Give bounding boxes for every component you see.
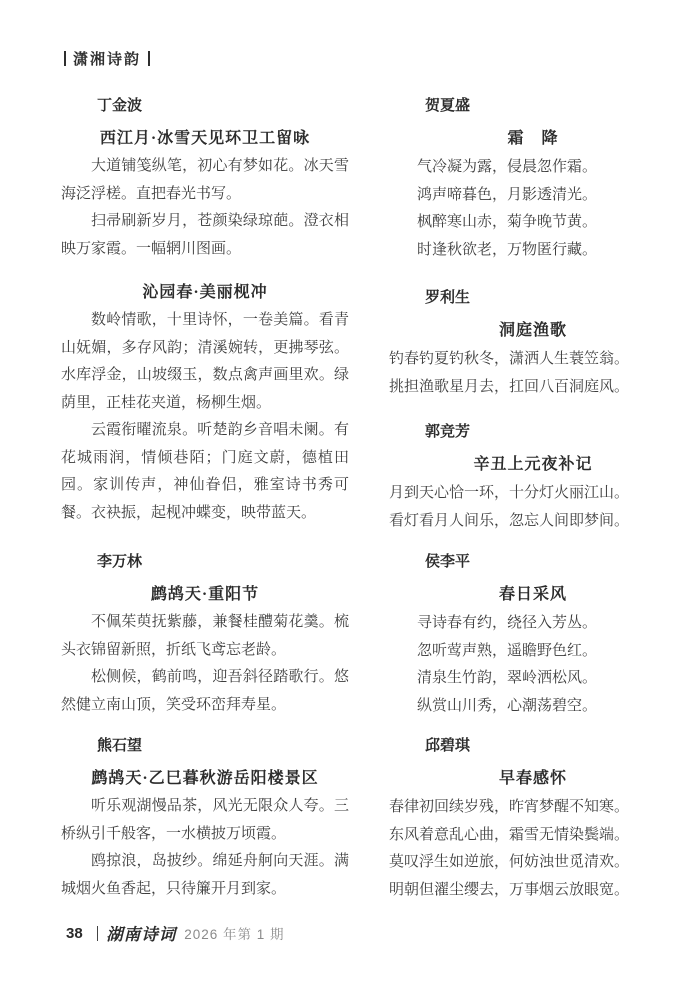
poem-xijiangyue: 西江月·冰雪天见环卫工留咏 大道铺笺纵笔，初心有梦如花。冰天雪海泛浮槎。直把春光…: [61, 125, 349, 263]
poem-line: 气冷凝为露，侵晨忽作霜。: [389, 154, 677, 182]
poem-body: 月到天心恰一环，十分灯火丽江山。 看灯看月人间乐，忽忘人间即梦间。: [389, 480, 677, 535]
poem-line: 纵赏山川秀，心潮荡碧空。: [389, 693, 677, 721]
poem-paragraph: 听乐观湖慢品茶，风光无限众人夸。三桥纵引千般客，一水横披万顷霞。: [61, 793, 349, 848]
poem-group-liwanlin: 李万林 鹧鸪天·重阳节 不佩茱萸抚紫藤，兼餐桂醴菊花羹。梳头衣锦留新照，折纸飞鸢…: [61, 548, 349, 719]
right-column: 贺夏盛 霜 降 气冷凝为露，侵晨忽作霜。 鸿声啼暮色，月影透清光。 枫醉寒山赤，…: [389, 0, 677, 989]
poem-line: 月到天心恰一环，十分灯火丽江山。: [389, 480, 677, 508]
poem-group-dingjinbo: 丁金波 西江月·冰雪天见环卫工留咏 大道铺笺纵笔，初心有梦如花。冰天雪海泛浮槎。…: [61, 92, 349, 527]
poem-group-hexiasheng: 贺夏盛 霜 降 气冷凝为露，侵晨忽作霜。 鸿声啼暮色，月影透清光。 枫醉寒山赤，…: [389, 92, 677, 264]
poem-zhegutian-yueyanglou: 鹧鸪天·乙巳暮秋游岳阳楼景区 听乐观湖慢品茶，风光无限众人夸。三桥纵引千般客，一…: [61, 765, 349, 903]
poet-name: 熊石望: [61, 732, 349, 760]
poem-paragraph: 大道铺笺纵笔，初心有梦如花。冰天雪海泛浮槎。直把春光书写。: [61, 153, 349, 208]
poem-group-guojingfang: 郭竞芳 辛丑上元夜补记 月到天心恰一环，十分灯火丽江山。 看灯看月人间乐，忽忘人…: [389, 418, 677, 535]
poem-line: 清泉生竹韵，翠岭洒松风。: [389, 665, 677, 693]
poem-paragraph: 云霞衔曜流泉。听楚韵乡音唱未阑。有花城雨润，情倾巷陌；门庭文蔚，德植田园。家训传…: [61, 417, 349, 527]
poem-paragraph: 鸥掠浪，岛披纱。绵延舟舸向天涯。满城烟火鱼香起，只待簾开月到家。: [61, 848, 349, 903]
poem-title: 洞庭渔歌: [389, 317, 677, 345]
poem-shuangjiang: 霜 降 气冷凝为露，侵晨忽作霜。 鸿声啼暮色，月影透清光。 枫醉寒山赤，菊争晚节…: [389, 125, 677, 264]
poet-name: 李万林: [61, 548, 349, 576]
poet-name: 丁金波: [61, 92, 349, 120]
poet-name: 罗利生: [389, 284, 677, 312]
poem-title: 西江月·冰雪天见环卫工留咏: [61, 125, 349, 153]
poem-group-houliping: 侯李平 春日采风 寻诗春有约，绕径入芳丛。 忽听莺声熟，遥瞻野色红。 清泉生竹韵…: [389, 548, 677, 720]
issue-label: 2026 年第 1 期: [184, 923, 284, 943]
poem-group-qiubiqi: 邱碧琪 早春感怀 春律初回续岁残，昨宵梦醒不知寒。 东风着意乱心曲，霜雪无情染鬓…: [389, 732, 677, 904]
poem-paragraph: 不佩茱萸抚紫藤，兼餐桂醴菊花羹。梳头衣锦留新照，折纸飞鸢忘老龄。: [61, 609, 349, 664]
journal-page: 潇湘诗韵 丁金波 西江月·冰雪天见环卫工留咏 大道铺笺纵笔，初心有梦如花。冰天雪…: [0, 0, 700, 989]
poet-name: 贺夏盛: [389, 92, 677, 120]
poem-body: 寻诗春有约，绕径入芳丛。 忽听莺声熟，遥瞻野色红。 清泉生竹韵，翠岭洒松风。 纵…: [389, 610, 677, 720]
poem-title: 春日采风: [389, 581, 677, 609]
poet-name: 郭竞芳: [389, 418, 677, 446]
poem-chunricaifeng: 春日采风 寻诗春有约，绕径入芳丛。 忽听莺声熟，遥瞻野色红。 清泉生竹韵，翠岭洒…: [389, 581, 677, 720]
poem-zaochunganhuai: 早春感怀 春律初回续岁残，昨宵梦醒不知寒。 东风着意乱心曲，霜雪无情染鬓端。 莫…: [389, 765, 677, 904]
poem-line: 时逢秋欲老，万物匿行藏。: [389, 237, 677, 265]
poem-title: 霜 降: [389, 125, 677, 153]
poem-dongtingyuge: 洞庭渔歌 钓春钓夏钓秋冬，潇洒人生蓑笠翁。 挑担渔歌星月去，扛回八百洞庭风。: [389, 317, 677, 401]
poet-name: 邱碧琪: [389, 732, 677, 760]
poem-line: 春律初回续岁残，昨宵梦醒不知寒。: [389, 794, 677, 822]
poem-line: 东风着意乱心曲，霜雪无情染鬓端。: [389, 822, 677, 850]
journal-name: 湖南诗词: [106, 921, 176, 945]
poem-zhegutian-chongyang: 鹧鸪天·重阳节 不佩茱萸抚紫藤，兼餐桂醴菊花羹。梳头衣锦留新照，折纸飞鸢忘老龄。…: [61, 581, 349, 719]
poem-title: 沁园春·美丽枧冲: [61, 279, 349, 307]
poem-line: 挑担渔歌星月去，扛回八百洞庭风。: [389, 374, 677, 402]
poem-paragraph: 松侧候，鹤前鸣，迎吾斜径踏歌行。悠然健立南山顶，笑受环峦拜寿星。: [61, 664, 349, 719]
poem-line: 看灯看月人间乐，忽忘人间即梦间。: [389, 508, 677, 536]
poem-group-xiongshiwang: 熊石望 鹧鸪天·乙巳暮秋游岳阳楼景区 听乐观湖慢品茶，风光无限众人夸。三桥纵引千…: [61, 732, 349, 903]
poem-group-luolisheng: 罗利生 洞庭渔歌 钓春钓夏钓秋冬，潇洒人生蓑笠翁。 挑担渔歌星月去，扛回八百洞庭…: [389, 284, 677, 401]
poet-name: 侯李平: [389, 548, 677, 576]
poem-title: 鹧鸪天·重阳节: [61, 581, 349, 609]
poem-paragraph: 数岭情歌，十里诗怀，一卷美篇。看青山妩媚，多存风韵；清溪婉转，更拂琴弦。水库浮金…: [61, 307, 349, 417]
poem-paragraph: 扫帚刷新岁月，苍颜染绿琼葩。澄衣相映万家霞。一幅辋川图画。: [61, 208, 349, 263]
poem-body: 气冷凝为露，侵晨忽作霜。 鸿声啼暮色，月影透清光。 枫醉寒山赤，菊争晚节黄。 时…: [389, 154, 677, 264]
left-column: 丁金波 西江月·冰雪天见环卫工留咏 大道铺笺纵笔，初心有梦如花。冰天雪海泛浮槎。…: [61, 0, 349, 989]
poem-title: 辛丑上元夜补记: [389, 451, 677, 479]
poem-title: 鹧鸪天·乙巳暮秋游岳阳楼景区: [61, 765, 349, 793]
page-footer: 38 湖南诗词 2026 年第 1 期: [66, 922, 284, 944]
poem-line: 明朝但濯尘缨去，万事烟云放眼宽。: [389, 877, 677, 905]
poem-body: 春律初回续岁残，昨宵梦醒不知寒。 东风着意乱心曲，霜雪无情染鬓端。 莫叹浮生如逆…: [389, 794, 677, 904]
page-number: 38: [66, 925, 83, 942]
poem-qinyuanchun: 沁园春·美丽枧冲 数岭情歌，十里诗怀，一卷美篇。看青山妩媚，多存风韵；清溪婉转，…: [61, 279, 349, 527]
poem-line: 钓春钓夏钓秋冬，潇洒人生蓑笠翁。: [389, 346, 677, 374]
poem-body: 钓春钓夏钓秋冬，潇洒人生蓑笠翁。 挑担渔歌星月去，扛回八百洞庭风。: [389, 346, 677, 401]
poem-line: 忽听莺声熟，遥瞻野色红。: [389, 638, 677, 666]
poem-line: 枫醉寒山赤，菊争晚节黄。: [389, 209, 677, 237]
poem-line: 莫叹浮生如逆旅，何妨浊世觅清欢。: [389, 849, 677, 877]
footer-divider-bar: [97, 926, 99, 941]
poem-title: 早春感怀: [389, 765, 677, 793]
poem-line: 鸿声啼暮色，月影透清光。: [389, 182, 677, 210]
poem-line: 寻诗春有约，绕径入芳丛。: [389, 610, 677, 638]
poem-shangyuanye: 辛丑上元夜补记 月到天心恰一环，十分灯火丽江山。 看灯看月人间乐，忽忘人间即梦间…: [389, 451, 677, 535]
